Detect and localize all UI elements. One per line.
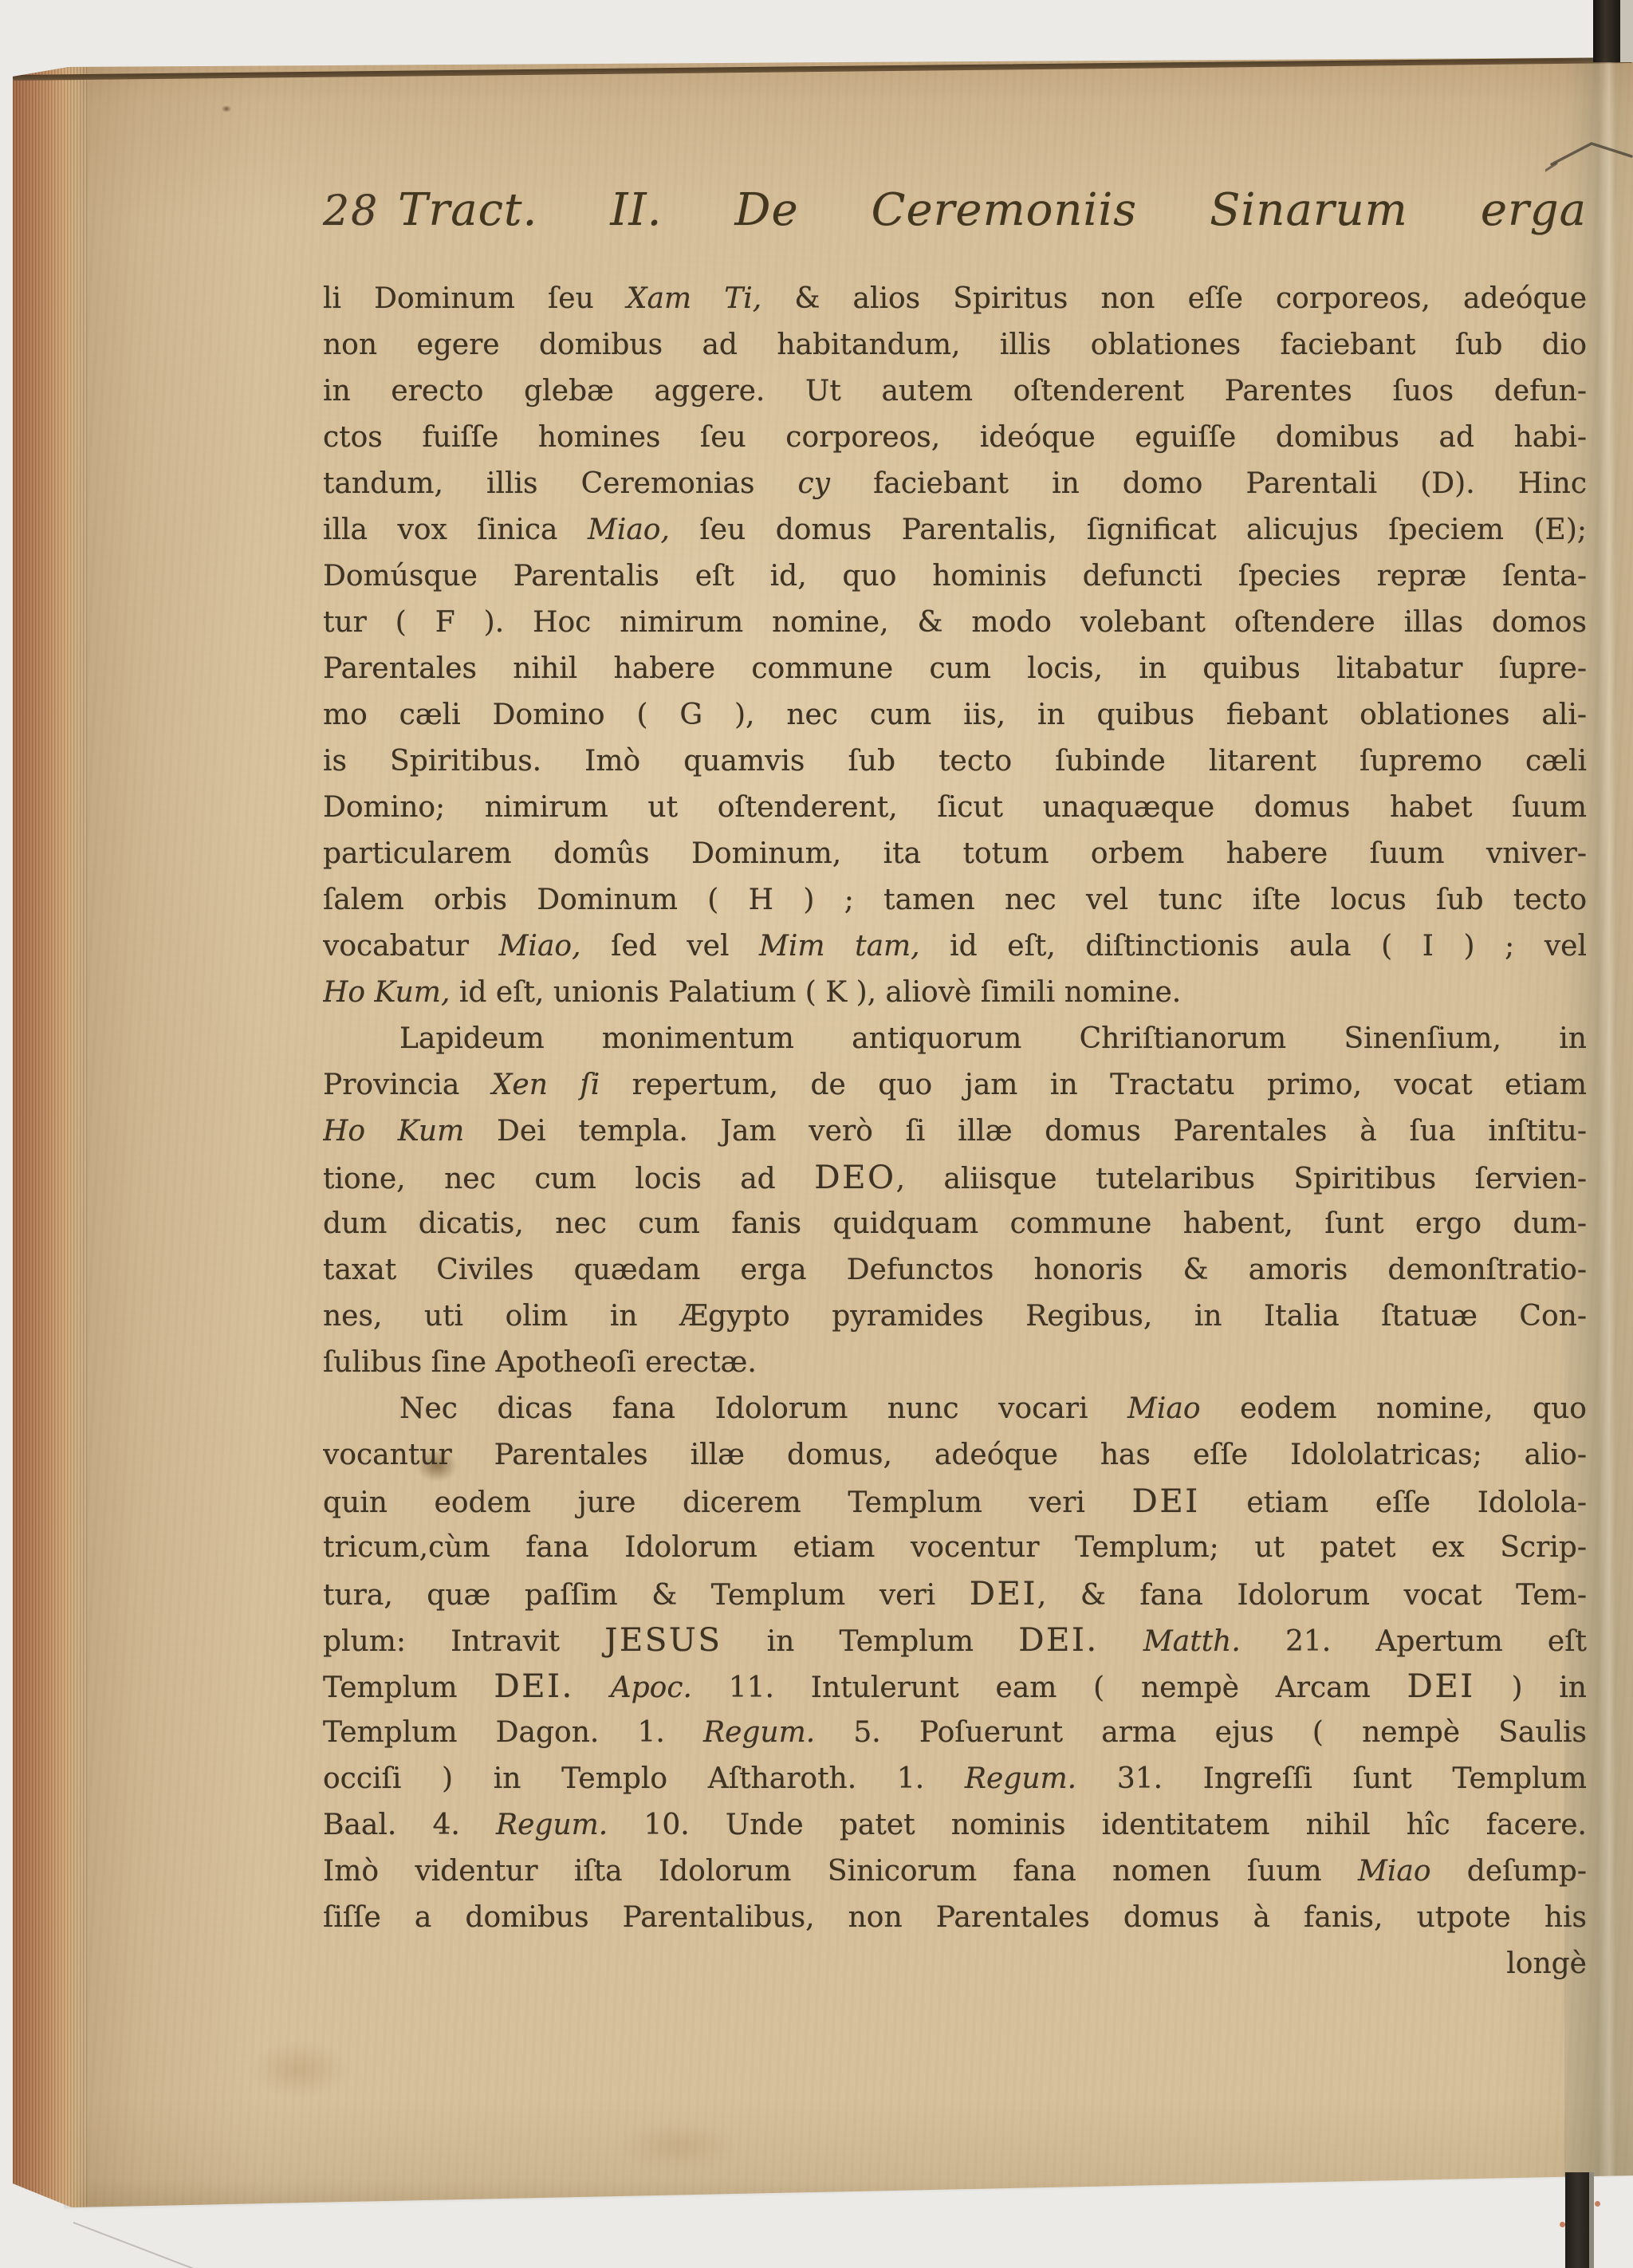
text-line: Templum Dagon. 1. Regum. 5. Poſuerunt ar… (323, 1710, 1587, 1756)
text-line: Ho Kum, id eſt, unionis Palatium ( K ), … (323, 970, 1587, 1016)
text-line: non egere domibus ad habitandum, illis o… (323, 322, 1587, 368)
page-content: 28 Tract. II. De Ceremoniis Sinarum erga… (323, 56, 1587, 2211)
text-line: quin eodem jure dicerem Templum veri DEI… (323, 1479, 1587, 1525)
text-line: occiſi ) in Templo Aſtharoth. 1. Regum. … (323, 1756, 1587, 1802)
book-page: 28 Tract. II. De Ceremoniis Sinarum erga… (13, 56, 1633, 2211)
text-line: dum dicatis, nec cum fanis quidquam comm… (323, 1201, 1587, 1247)
paper-speck (222, 105, 231, 112)
backdrop-crease-line (73, 2222, 200, 2268)
adjacent-page-edges (1620, 0, 1633, 62)
text-line: Templum DEI. Apoc. 11. Intulerunt eam ( … (323, 1664, 1587, 1710)
text-line: Provincia Xen ſi repertum, de quo jam in… (323, 1062, 1587, 1108)
text-line: in erecto glebæ aggere. Ut autem oſtende… (323, 368, 1587, 415)
text-line: plum: Intravit JESUS in Templum DEI. Mat… (323, 1617, 1587, 1664)
binding-bar-bottom (1565, 2172, 1589, 2268)
text-line: tione, nec cum locis ad DEO, aliisque tu… (323, 1155, 1587, 1201)
binding-bar-highlight (1589, 2172, 1594, 2268)
text-line: ſiſſe a domibus Parentalibus, non Parent… (323, 1895, 1587, 1941)
text-line: vocabatur Miao, ſed vel Mim tam, id eſt,… (323, 923, 1587, 970)
text-line: longè (323, 1941, 1587, 1987)
text-line: tricum,cùm fana Idolorum etiam vocentur … (323, 1525, 1587, 1571)
text-line: Imò videntur iſta Idolorum Sinicorum fan… (323, 1849, 1587, 1895)
text-line: tur ( F ). Hoc nimirum nomine, & modo vo… (323, 600, 1587, 646)
text-line: tandum, illis Ceremonias cy faciebant in… (323, 461, 1587, 507)
page-header: 28 Tract. II. De Ceremoniis Sinarum erga… (323, 185, 1587, 237)
page-number: 28 (323, 186, 379, 237)
text-line: ſulibus ſine Apotheoſi erectæ. (323, 1340, 1587, 1386)
text-line: li Dominum ſeu Xam Ti, & alios Spiritus … (323, 276, 1587, 322)
text-line: illa vox ſinica Miao, ſeu domus Parental… (323, 507, 1587, 553)
text-line: mo cæli Domino ( G ), nec cum iis, in qu… (323, 692, 1587, 738)
body-text: li Dominum ſeu Xam Ti, & alios Spiritus … (323, 276, 1587, 1987)
text-line: vocantur Parentales illæ domus, adeóque … (323, 1432, 1587, 1479)
text-line: Lapideum monimentum antiquorum Chriſtian… (323, 1016, 1587, 1062)
red-speck (1595, 2201, 1600, 2207)
text-line: particularem domûs Dominum, ita totum or… (323, 831, 1587, 877)
text-line: Parentales nihil habere commune cum loci… (323, 646, 1587, 692)
text-line: is Spiritibus. Imò quamvis ſub tecto ſub… (323, 738, 1587, 785)
pen-mark-icon (1545, 126, 1633, 183)
red-speck (1560, 2222, 1565, 2227)
text-line: Domino; nimirum ut oſtenderent, ſicut un… (323, 785, 1587, 831)
book-fore-edge (13, 56, 88, 2211)
running-title: Tract. II. De Ceremoniis Sinarum erga De… (398, 185, 1587, 236)
binding-bar-top (1593, 0, 1620, 62)
text-line: Domúsque Parentalis eſt id, quo hominis … (323, 553, 1587, 600)
text-line: nes, uti olim in Ægypto pyramides Regibu… (323, 1293, 1587, 1340)
text-line: ctos fuiſſe homines ſeu corporeos, ideóq… (323, 415, 1587, 461)
text-line: tura, quæ paſſim & Templum veri DEI, & f… (323, 1571, 1587, 1617)
text-line: ſalem orbis Dominum ( H ) ; tamen nec ve… (323, 877, 1587, 923)
text-line: taxat Civiles quædam erga Defunctos hono… (323, 1247, 1587, 1293)
text-line: Ho Kum Dei templa. Jam verò ſi illæ domu… (323, 1108, 1587, 1155)
text-line: Nec dicas fana Idolorum nunc vocari Miao… (323, 1386, 1587, 1432)
text-line: Baal. 4. Regum. 10. Unde patet nominis i… (323, 1802, 1587, 1849)
